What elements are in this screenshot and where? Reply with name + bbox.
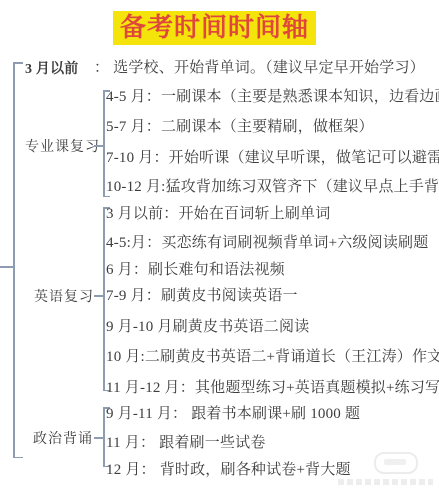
watermark-logo-mark <box>384 459 406 465</box>
timeline-item: 11 月-12 月：其他题型练习+英语真题模拟+练习写作 <box>106 379 439 398</box>
branch-label-english-review: 英语复习 <box>34 288 94 307</box>
branch1-bracket-vertical-line <box>103 90 105 197</box>
branch-label-politics-recite: 政治背诵 <box>33 430 93 449</box>
branch-label-major-course: 专业课复习 <box>25 138 100 157</box>
branch2-bracket-vertical-line <box>103 207 105 391</box>
timeline-item: 12 月： 背时政，刷各种试卷+背大题 <box>106 461 351 480</box>
outer-bracket-vertical-line <box>13 62 15 458</box>
branch2-label-tick <box>94 295 103 297</box>
timeline-item: 7-10 月：开始听课（建议早听课，做笔记可以避雷） <box>106 149 439 168</box>
timeline-item: 10 月:二刷黄皮书英语二+背诵道长（王江涛）作文 <box>106 348 439 367</box>
timeline-item: 9 月-10 月刷黄皮书英语二阅读 <box>106 318 309 337</box>
watermark-text <box>338 479 433 485</box>
timeline-item: 11 月： 跟着刷一些试卷 <box>106 434 266 453</box>
timeline-item: 5-7 月：二刷课本（主要精刷，做框架） <box>106 118 374 137</box>
watermark-logo <box>374 452 418 474</box>
outer-bracket-bottom-tick <box>13 457 23 459</box>
timeline-page: 备考时间时间轴 3 月以前 ： 选学校、开始背单词。（建议早定早开始学习） 专业… <box>0 0 439 491</box>
branch3-label-tick <box>94 437 103 439</box>
root-label: 3 月以前 <box>25 60 79 79</box>
timeline-item: 6 月：刷长难句和语法视频 <box>106 261 285 280</box>
page-title: 备考时间时间轴 <box>113 11 316 45</box>
timeline-item: 4-5 月：一刷课本（主要是熟悉课本知识，边看边画） <box>106 88 439 107</box>
timeline-item: 10-12 月:猛攻背加练习双管齐下（建议早点上手背） <box>106 178 439 197</box>
timeline-item: 3 月以前：开始在百词斩上刷单词 <box>106 205 330 224</box>
outer-bracket-top-tick <box>13 62 23 64</box>
root-text: ： 选学校、开始背单词。（建议早定早开始学习） <box>94 59 425 78</box>
branch1-label-tick <box>94 145 103 147</box>
branch3-bracket-vertical-line <box>103 407 105 467</box>
timeline-item: 4-5:月：买恋练有词刷视频背单词+六级阅读刷题 <box>106 234 428 253</box>
timeline-item: 9 月-11 月： 跟着书本刷课+刷 1000 题 <box>106 405 360 424</box>
timeline-item: 7-9 月：刷黄皮书阅读英语一 <box>106 287 298 306</box>
outer-bracket-root-tick <box>0 266 14 268</box>
